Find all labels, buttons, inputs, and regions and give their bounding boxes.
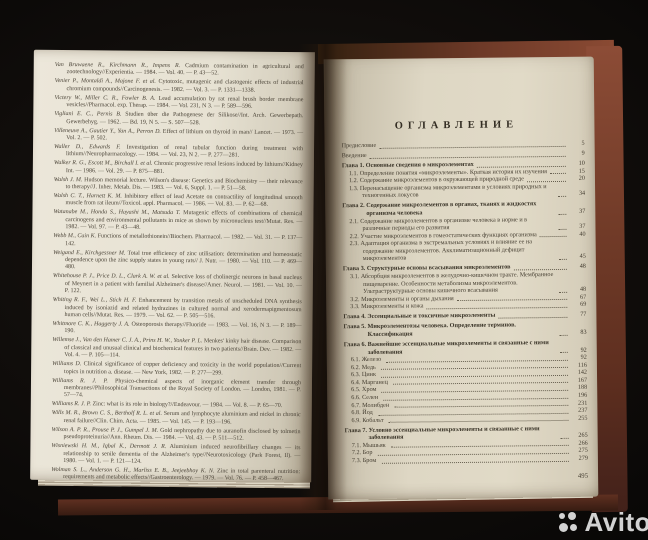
toc-row: 2.3. Адаптация организма в экстремальных… (350, 238, 586, 263)
dot-leader (559, 259, 567, 260)
reference-authors: Walker R. G., Escott M., Birchall I. et … (54, 160, 153, 167)
reference-item: Walsh C. T., Harnett K. M. Inhibitory ef… (54, 193, 303, 210)
toc-entry-page: 15 (569, 167, 585, 175)
contents-list: Предисловие 5 Введение 9 Глава 1. Основн… (325, 140, 598, 465)
reference-authors: Venier P., Montaldi A., Majone F. et al. (55, 78, 156, 85)
toc-entry-page: 45 (570, 253, 586, 261)
toc-entry-label: 3.1. Абсорбция микроэлементов в желудочн… (350, 271, 556, 296)
reference-authors: Villeneuve A., Gautier Y., Yan A., Perro… (54, 127, 161, 134)
toc-row: Глава 5. Микроэлементозы человека. Опред… (343, 321, 586, 339)
reference-item: Wilson A. P. R., Prouse P. J., Gumpel J.… (51, 427, 300, 444)
toc-entry-page: 67 (570, 293, 586, 301)
reference-authors: Watanabe M., Honda S., Hayashi M., Matsu… (53, 209, 180, 216)
reference-authors: Wolman S. L., Anderson G. H., Marliss E.… (51, 467, 214, 474)
toc-entry-label: Глава 7. Условно эссенциальные микроэлем… (345, 425, 558, 442)
toc-entry-label: Глава 5. Микроэлементозы человека. Опред… (343, 321, 556, 338)
avito-logo-icon (559, 512, 579, 534)
toc-entry-page: 40 (570, 230, 586, 238)
toc-entry-page: 188 (571, 384, 587, 392)
toc-entry-page: 37 (569, 208, 585, 216)
toc-entry-page: 265 (572, 432, 588, 440)
toc-row: 6.9. Кобальт 255 (351, 414, 587, 424)
reference-list: Van Bruwaene R., Kirchmann R., Impens R.… (30, 50, 315, 484)
toc-entry-page: 237 (571, 407, 587, 415)
reference-item: Willemse J., Van den Hamer C. J. A., Pri… (52, 337, 301, 361)
toc-entry-label: 2.3. Адаптация организма в экстремальных… (350, 238, 556, 263)
dot-leader (560, 352, 568, 353)
toc-entry-page: 83 (571, 329, 587, 337)
reference-authors: Williams R. J. P. (52, 378, 108, 384)
reference-authors: Williams R. J. P. (52, 401, 91, 407)
dot-leader (561, 438, 569, 439)
dot-leader (381, 460, 568, 463)
reference-text: Clinical significance of copper deficien… (64, 361, 301, 376)
reference-item: Venier P., Montaldi A., Majone F. et al.… (55, 78, 304, 95)
reference-item: Whiting R. F., Wei L., Stich H. F. Enhan… (53, 297, 302, 321)
contents-page: ОГЛАВЛЕНИЕ Предисловие 5 Введение 9 Глав… (324, 57, 599, 500)
toc-entry-page: 275 (572, 447, 588, 455)
toc-entry-page: 92 (571, 346, 587, 354)
reference-text: Hudson memorial lecture. Wilson's diseas… (66, 177, 303, 192)
avito-watermark: Avito (559, 507, 648, 538)
toc-row: Предисловие 5 (342, 140, 585, 150)
toc-entry-page: 48 (570, 286, 586, 294)
dot-leader (558, 229, 566, 230)
toc-entry-page: 34 (569, 190, 585, 198)
reference-authors: Walsh C. T., Harnett K. M. (54, 193, 122, 200)
toc-entry-label: 7.3. Бром (352, 457, 379, 465)
dot-leader (559, 292, 567, 293)
reference-item: Watanabe M., Honda S., Hayashi M., Matsu… (53, 209, 302, 233)
toc-entry-label: Глава 4. Эссенциальные и токсичные микро… (343, 312, 495, 321)
contents-title: ОГЛАВЛЕНИЕ (324, 119, 588, 133)
toc-row: 3.3. Микроэлементы и кожа 69 (350, 301, 586, 311)
toc-row: Глава 6. Важнейшие эссенциальные микроэл… (344, 339, 587, 357)
dot-leader (558, 213, 566, 214)
toc-entry-page: 77 (570, 311, 586, 319)
reference-item: Villeneuve A., Gautier Y., Yan A., Perro… (54, 127, 303, 144)
reference-item: Vigliani E. C., Pernis B. Studien über d… (54, 111, 303, 128)
toc-entry-page: 231 (571, 399, 587, 407)
reference-authors: Vigliani E. C., Pernis B. (54, 111, 121, 118)
dot-leader (498, 317, 567, 319)
reference-item: Wolman S. L., Anderson G. H., Marliss E.… (51, 467, 300, 484)
reference-item: Wisniewski H. M., Iqbal K., Dermott J. R… (51, 443, 300, 467)
toc-entry-page: 255 (571, 414, 587, 422)
toc-entry-page: 9 (569, 150, 585, 158)
toc-entry-label: 6.1. Железо (351, 356, 383, 364)
reference-item: Whitehouse P. J., Price D. L., Clark A. … (53, 273, 302, 297)
toc-row: 2.1. Содержание микроэлементов в организ… (349, 215, 585, 233)
toc-entry-label: 1.3. Перенасыщение организма микроэлемен… (349, 183, 555, 200)
toc-entry-label: Глава 6. Важнейшие эссенциальные микроэл… (344, 339, 557, 356)
dot-leader (370, 156, 566, 159)
reference-item: Walker R. G., Escott M., Birchall I. et … (54, 160, 303, 177)
toc-row: Введение 9 (342, 150, 585, 160)
reference-item: Walsh J. M. Hudson memorial lecture. Wil… (54, 177, 303, 194)
reference-item: Webb M., Cain K. Functions of metallothi… (53, 233, 302, 250)
toc-entry-page: 167 (571, 376, 587, 384)
reference-item: Waller D., Edwards F. Investigation of r… (54, 144, 303, 161)
reference-item: Victery W., Miller C. R., Fowler B. A. L… (54, 95, 303, 112)
reference-authors: Van Bruwaene R., Kirchmann R., Impens R. (55, 62, 180, 69)
dot-leader (379, 145, 565, 148)
dot-leader (560, 334, 568, 335)
reference-authors: Victery W., Miller C. R., Fowler B. A. (54, 95, 155, 102)
toc-entry-page: 92 (571, 354, 587, 362)
toc-entry-page: 142 (571, 369, 587, 377)
reference-authors: Whiting R. F., Wei L., Stich H. F. (53, 297, 137, 304)
dot-leader (389, 420, 569, 423)
reference-item: Whitmore C. K., Haggerty J. A. Osteoporo… (52, 321, 301, 338)
reference-authors: Wisniewski H. M., Iqbal K., Dermott J. R… (51, 443, 166, 450)
reference-authors: Wills M. R., Brown C. S., Bertholf R. L.… (52, 410, 162, 417)
toc-entry-page: 20 (569, 175, 585, 183)
reference-item: Weigand E., Kirchgessner M. Total true e… (53, 250, 302, 274)
reference-authors: Webb M., Cain K. (53, 233, 96, 239)
toc-entry-label: 3.3. Микроэлементы и кожа (350, 303, 423, 311)
reference-text: Zinc: what is its role in biology?//Ende… (92, 402, 282, 410)
toc-row: 7.3. Бром 279 (352, 455, 588, 465)
reference-item: Van Bruwaene R., Kirchmann R., Impens R.… (55, 62, 304, 79)
reference-authors: Walsh J. M. (54, 177, 83, 183)
reference-authors: Waller D., Edwards F. (54, 144, 121, 151)
dot-leader (558, 196, 566, 197)
reference-item: Williams R. J. P. Physico-chemical aspec… (52, 378, 301, 402)
toc-entry-page: 266 (572, 439, 588, 447)
toc-entry-page: 48 (570, 263, 586, 271)
reference-authors: Whitmore C. K., Haggerty J. A. (52, 321, 129, 328)
reference-authors: Willemse J., Van den Hamer C. J. A., Pri… (52, 337, 202, 344)
reference-text: Functions of metallothionein//Biochem. P… (65, 234, 302, 247)
toc-entry-page: 69 (570, 301, 586, 309)
bibliography-page: Van Bruwaene R., Kirchmann R., Impens R.… (30, 50, 315, 482)
toc-row: Глава 4. Эссенциальные и токсичные микро… (343, 311, 586, 321)
toc-entry-label: Предисловие (342, 142, 377, 150)
toc-entry-page: 5 (569, 140, 585, 148)
reference-authors: Williams D. (52, 361, 81, 367)
toc-entry-label: Введение (342, 152, 367, 160)
toc-entry-page: 10 (569, 160, 585, 168)
dot-leader (550, 173, 566, 174)
toc-entry-page: 37 (569, 223, 585, 231)
toc-entry-page: 279 (572, 455, 588, 463)
reference-item: Williams D. Clinical significance of cop… (52, 361, 301, 378)
toc-row: Глава 7. Условно эссенциальные микроэлем… (345, 424, 588, 442)
dot-leader (427, 307, 568, 309)
contents-page-number: 495 (328, 472, 588, 482)
reference-item: Wills M. R., Brown C. S., Bertholf R. L.… (52, 410, 301, 427)
reference-authors: Weigand E., Kirchgessner M. (53, 250, 125, 257)
toc-entry-label: 6.9. Кобальт (351, 416, 385, 424)
reference-authors: Wilson A. P. R., Prouse P. J., Gumpel J.… (52, 427, 159, 434)
toc-row: 1.3. Перенасыщение организма микроэлемен… (349, 183, 585, 201)
watermark-text: Avito (584, 507, 648, 538)
toc-entry-page: 196 (571, 392, 587, 400)
reference-authors: Whitehouse P. J., Price D. L., Clark A. … (53, 273, 170, 280)
toc-row: 3.1. Абсорбция микроэлементов в желудочн… (350, 271, 586, 296)
toc-entry-page: 116 (571, 361, 587, 369)
toc-entry-label: 7.1. Мышьяк (352, 442, 388, 450)
